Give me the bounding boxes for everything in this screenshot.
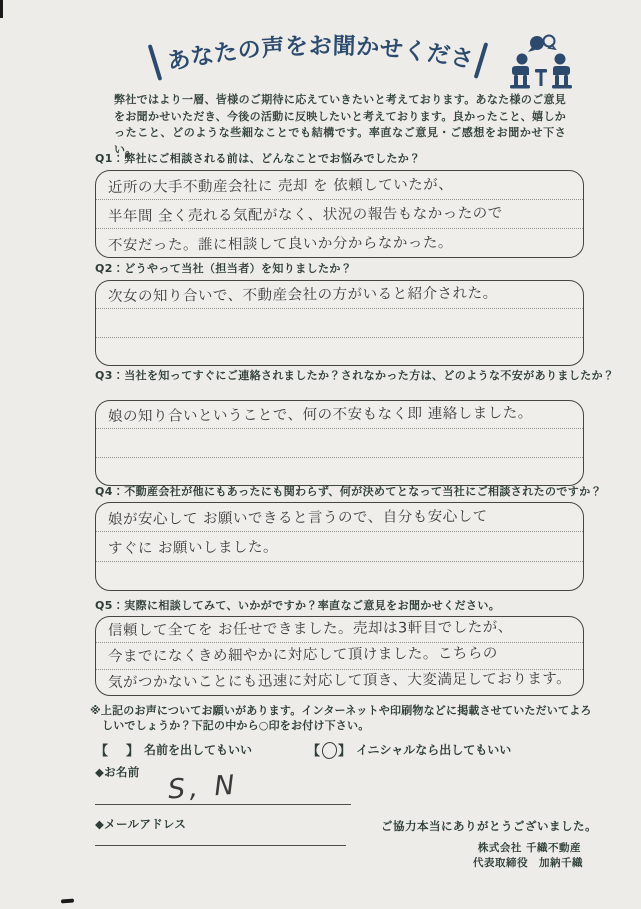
scan-artifact-top-left <box>0 0 3 18</box>
name-field-underline <box>95 804 351 805</box>
bracket-close: 】 <box>338 740 351 759</box>
consent-mark-slot <box>321 741 337 759</box>
answer-row: 今までになくきめ細やかに対応して頂けました。こちらの <box>96 643 583 669</box>
question-4-label: Q4：不動産会社が他にもあったにも関わらず、何が決めてとなって当社にご相談された… <box>95 485 615 499</box>
question-5-answer-box: 信頼して全てを お任せできました。売却は3軒目でしたが、 今までになくきめ細やか… <box>95 616 584 696</box>
question-4-answer-box: 娘が安心して お願いできると言うので、自分も安心して すぐに お願いしました。 <box>95 502 584 591</box>
page-title: あなたの声をお聞かせください <box>166 28 476 76</box>
question-2-answer-box: 次女の知り合いで、不動産会社の方がいると紹介された。 <box>95 280 584 366</box>
bracket-close: 】 <box>126 740 139 759</box>
consent-option-initials: 【 】 イニシャルなら出してもいい <box>307 740 511 759</box>
consent-option-name-label: 名前を出してもいい <box>144 741 252 758</box>
answer-row: 気がつかないことにも迅速に対応して頂き、大変満足しております。 <box>96 670 583 695</box>
answer-row: 娘が安心して お願いできると言うので、自分も安心して <box>96 503 583 532</box>
question-1-label: Q1：弊社にご相談される前は、どんなことでお悩みでしたか？ <box>95 152 615 166</box>
handwritten-answer-line: 不安だった。誰に相談して良いか分からなかった。 <box>108 235 453 256</box>
answer-row <box>96 562 583 590</box>
email-field-underline <box>95 845 346 846</box>
intro-paragraph: 弊社ではより一層、皆様のご期待に応えていきたいと考えております。あなた様のご意見… <box>114 92 566 158</box>
answer-row: 次女の知り合いで、不動産会社の方がいると紹介された。 <box>96 281 583 309</box>
answer-row: すぐに お願いしました。 <box>96 532 583 561</box>
answer-row: 不安だった。誰に相談して良いか分からなかった。 <box>96 229 583 257</box>
thanks-message: ご協力本当にありがとうございました。 <box>381 818 597 834</box>
conversation-icon <box>506 33 576 91</box>
consent-mark-slot <box>109 741 125 759</box>
email-field-label: ◆メールアドレス <box>95 816 186 832</box>
handwritten-answer-line: 次女の知り合いで、不動産会社の方がいると紹介された。 <box>108 286 498 307</box>
question-1-answer-box: 近所の大手不動産会社に 売却 を 依頼していたが、 半年間 全く売れる気配がなく… <box>95 170 584 258</box>
handwritten-answer-line: 今までになくきめ細やかに対応して頂けました。こちらの <box>108 647 498 668</box>
question-5-label: Q5：実際に相談してみて、いかがですか？率直なご意見をお聞かせください。 <box>95 599 615 613</box>
question-2-label: Q2：どうやって当社（担当者）を知りましたか？ <box>95 262 615 276</box>
company-name: 株式会社 千織不動産 <box>478 840 581 855</box>
handwritten-answer-line: 半年間 全く売れる気配がなく、状況の報告もなかったので <box>108 206 503 227</box>
scan-artifact-bottom-left <box>61 899 74 904</box>
title-left-slash-decoration <box>148 44 163 81</box>
answer-row <box>96 338 583 365</box>
representative-name: 代表取締役 加納千織 <box>473 855 583 870</box>
bracket-open: 【 <box>307 740 320 759</box>
consent-option-initials-label: イニシャルなら出してもいい <box>356 741 511 758</box>
page-title-arc: あなたの声をお聞かせください <box>166 28 486 80</box>
bracket-open: 【 <box>95 740 108 759</box>
answer-row: 娘の知り合いということで、何の不安もなく即 連絡しました。 <box>96 401 583 429</box>
name-field-label: ◆お名前 <box>95 764 140 780</box>
answer-row <box>96 309 583 337</box>
answer-row <box>96 458 583 485</box>
consent-option-name: 【 】 名前を出してもいい <box>95 740 252 759</box>
consent-circle-2 <box>321 740 339 759</box>
handwritten-answer-line: 娘が安心して お願いできると言うので、自分も安心して <box>108 510 488 531</box>
handwritten-answer-line: 近所の大手不動産会社に 売却 を 依頼していたが、 <box>108 177 453 198</box>
answer-row <box>96 429 583 457</box>
handwritten-answer-line: すぐに お願いしました。 <box>108 541 278 560</box>
answer-row: 信頼して全てを お任せできました。売却は3軒目でしたが、 <box>96 617 583 643</box>
handwritten-answer-line: 気がつかないことにも迅速に対応して頂き、大変満足しております。 <box>108 672 571 694</box>
scanned-survey-page: あなたの声をお聞かせください 弊社ではより一層、皆様のご期 <box>0 0 641 909</box>
handwritten-answer-line: 娘の知り合いということで、何の不安もなく即 連絡しました。 <box>108 406 533 427</box>
question-3-label: Q3：当社を知ってすぐにご連絡されましたか？されなかった方は、どのような不安があ… <box>95 369 615 383</box>
answer-row: 近所の大手不動産会社に 売却 を 依頼していたが、 <box>96 171 583 200</box>
answer-row: 半年間 全く売れる気配がなく、状況の報告もなかったので <box>96 200 583 229</box>
handwritten-signature: S, N <box>167 770 240 806</box>
svg-text:あなたの声をお聞かせください: あなたの声をお聞かせください <box>166 28 476 76</box>
question-3-answer-box: 娘の知り合いということで、何の不安もなく即 連絡しました。 <box>95 400 584 486</box>
publish-permission-note: ※上記のお声についてお願いがあります。インターネットや印刷物などに掲載させていた… <box>90 703 602 733</box>
handwritten-answer-line: 信頼して全てを お任せできました。売却は3軒目でしたが、 <box>108 620 513 641</box>
